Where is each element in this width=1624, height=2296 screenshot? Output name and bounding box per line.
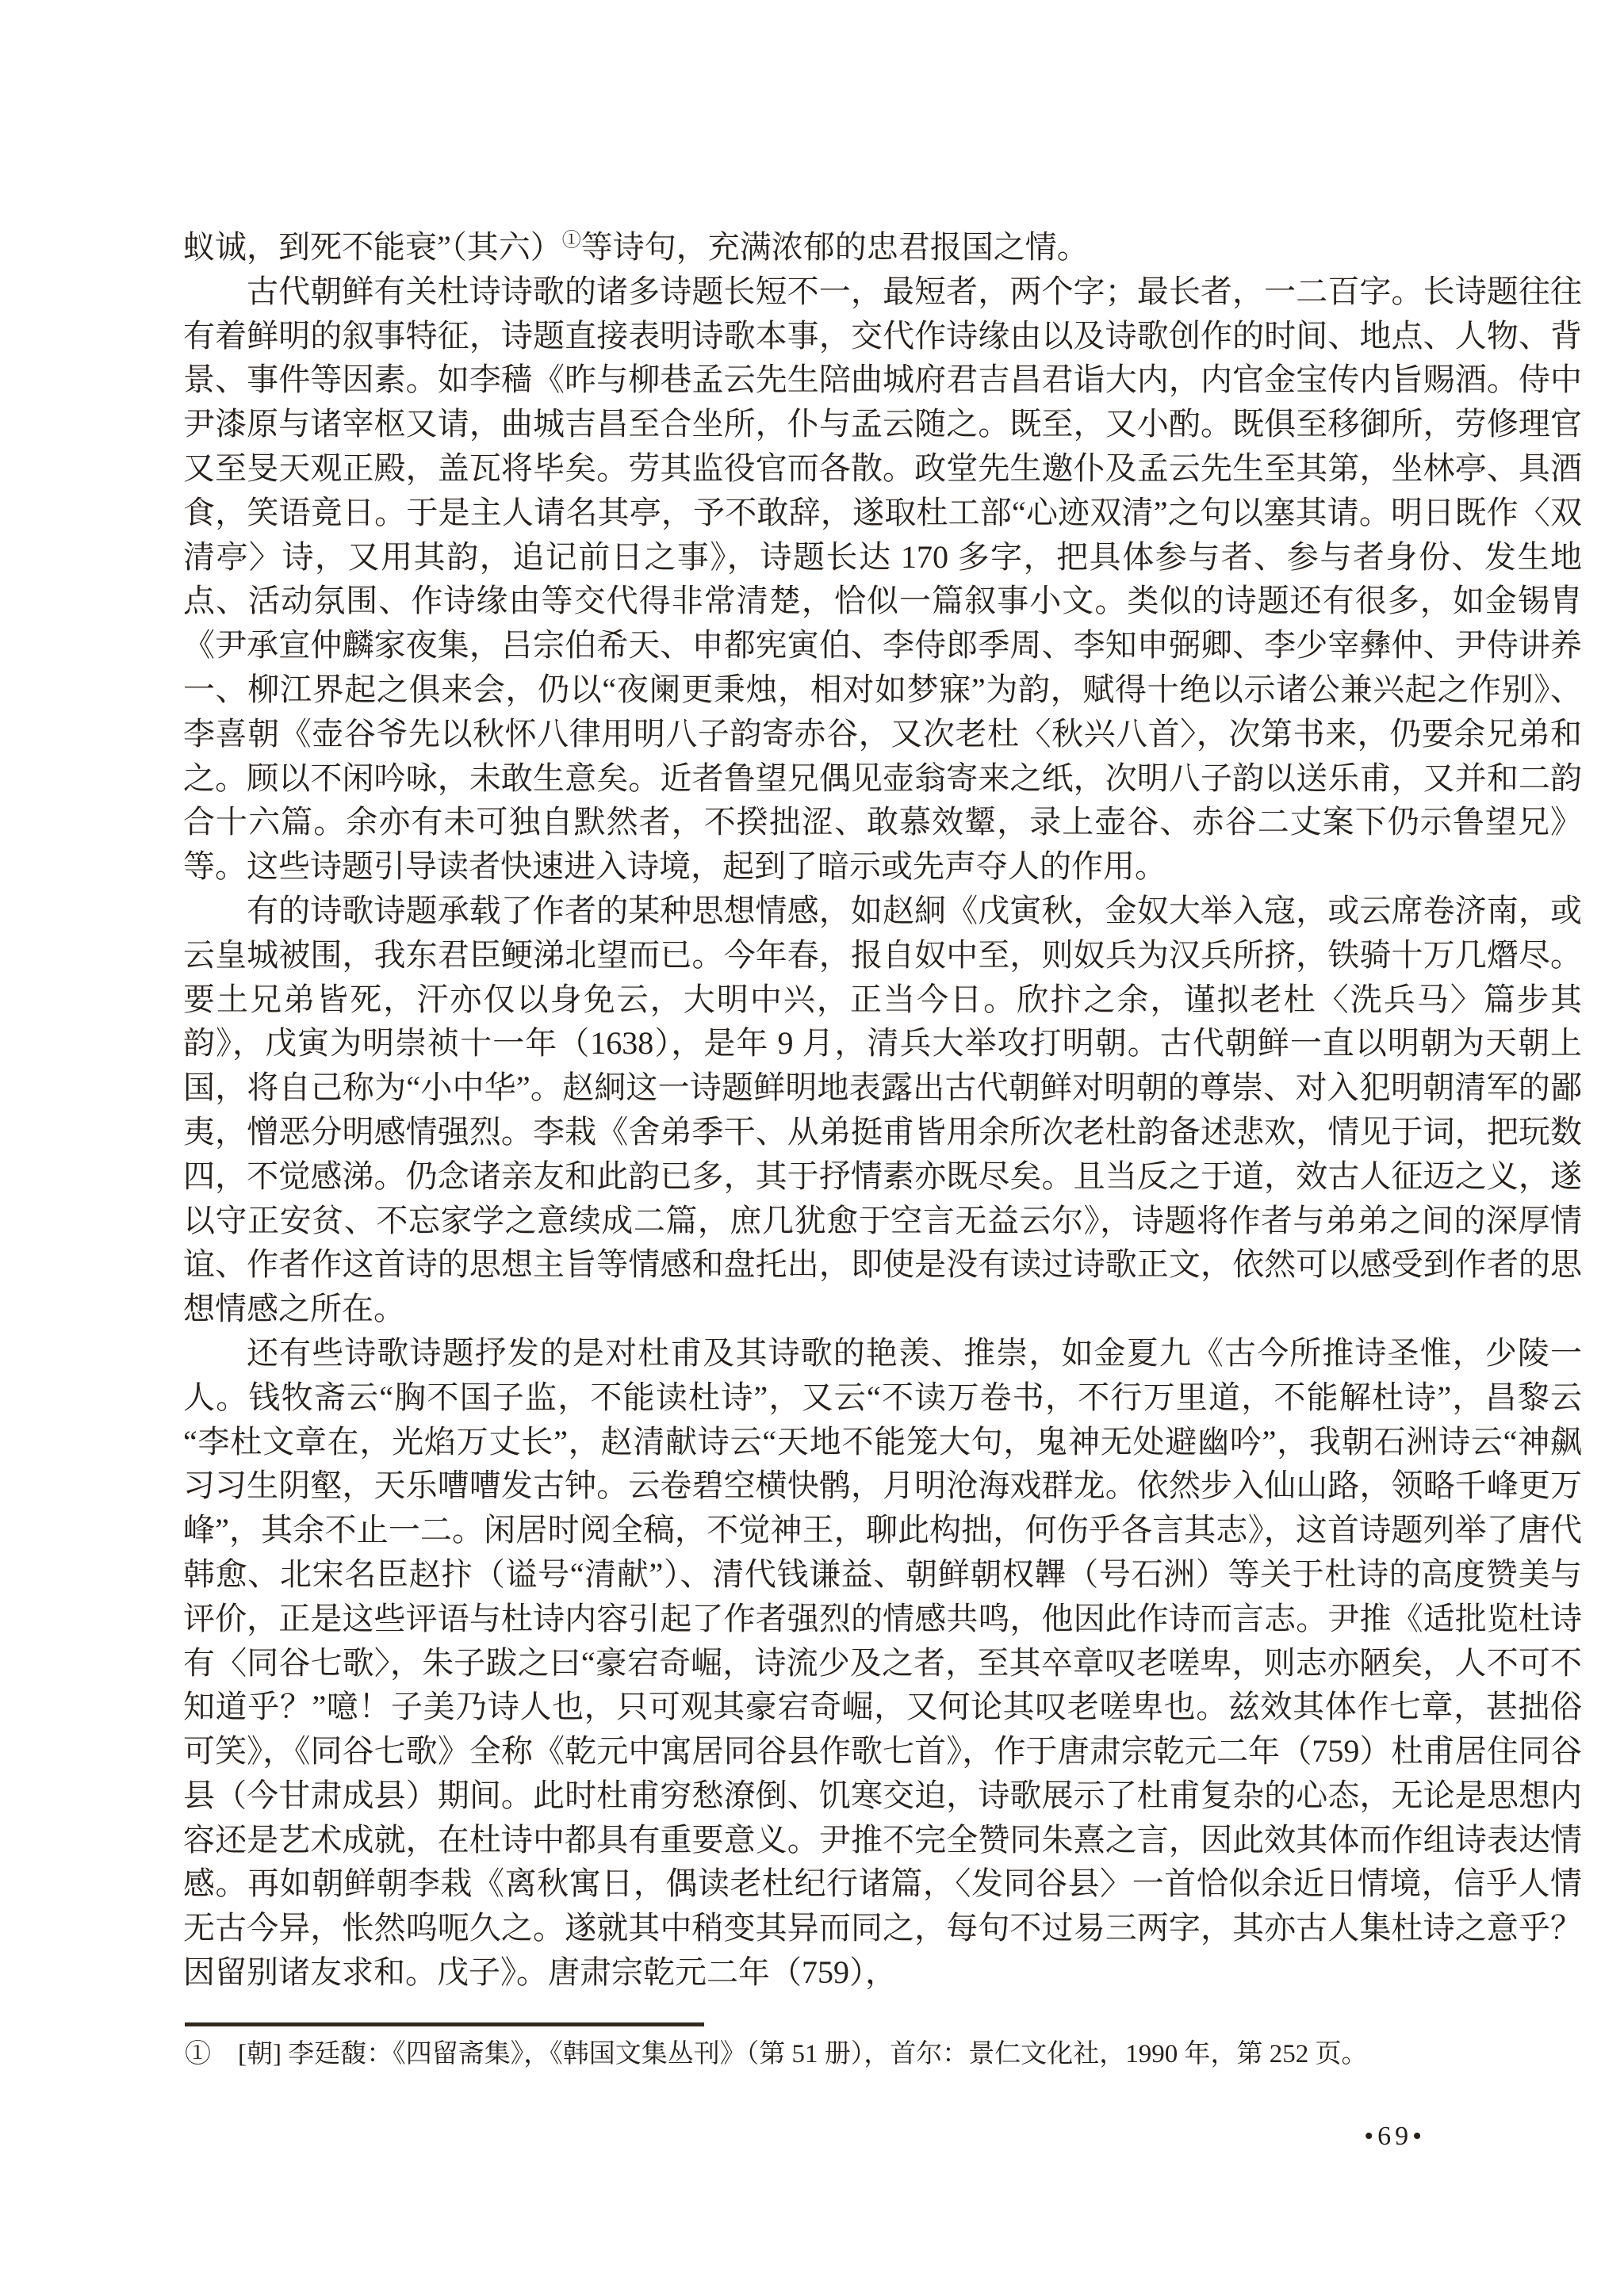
paragraph-text-before-footnote-ref: 蚁诚，到死不能衰”（其六） bbox=[183, 229, 562, 265]
page-number: •69• bbox=[1364, 2122, 1426, 2152]
body-paragraph-continuation: 蚁诚，到死不能衰”（其六）①等诗句，充满浓郁的忠君报国之情。 bbox=[183, 225, 1582, 270]
paragraph-text-after-footnote-ref: 等诗句，充满浓郁的忠君报国之情。 bbox=[581, 229, 1089, 265]
footnote-marker: ① bbox=[185, 2036, 211, 2072]
footnote-ref-marker: ① bbox=[562, 231, 581, 251]
footnote: ①[朝] 李廷馥：《四留斋集》，《韩国文集丛刊》（第 51 册），首尔：景仁文化… bbox=[185, 2036, 1584, 2072]
footnote-text: [朝] 李廷馥：《四留斋集》，《韩国文集丛刊》（第 51 册），首尔：景仁文化社… bbox=[238, 2040, 1367, 2068]
body-paragraph-3: 有的诗歌诗题承载了作者的某种思想情感，如赵絅《戊寅秋，金奴大举入寇，或云席卷济南… bbox=[183, 889, 1582, 1331]
article-body: 蚁诚，到死不能衰”（其六）①等诗句，充满浓郁的忠君报国之情。 古代朝鲜有关杜诗诗… bbox=[183, 225, 1582, 1995]
footnote-divider-rule bbox=[185, 2022, 704, 2026]
body-paragraph-2: 古代朝鲜有关杜诗诗歌的诸多诗题长短不一，最短者，两个字；最长者，一二百字。长诗题… bbox=[183, 270, 1582, 889]
body-paragraph-4: 还有些诗歌诗题抒发的是对杜甫及其诗歌的艳羡、推崇，如金夏九《古今所推诗圣惟，少陵… bbox=[183, 1331, 1582, 1995]
document-page: 蚁诚，到死不能衰”（其六）①等诗句，充满浓郁的忠君报国之情。 古代朝鲜有关杜诗诗… bbox=[0, 0, 1624, 2296]
